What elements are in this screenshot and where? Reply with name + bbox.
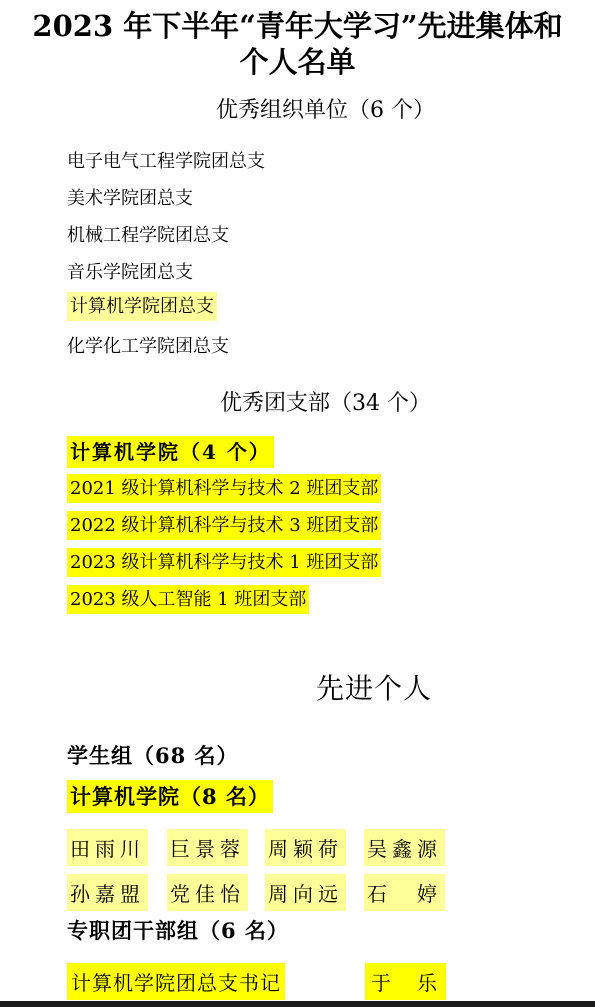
student-name: 孙嘉盟 bbox=[67, 874, 148, 911]
branch-label: 2023 级人工智能 1 班团支部 bbox=[67, 585, 309, 614]
student-name: 周向远 bbox=[265, 874, 346, 911]
branch-item: 2022 级计算机科学与技术 3 班团支部 bbox=[67, 514, 381, 538]
document-title-line2: 个人名单 bbox=[0, 44, 595, 81]
league-branches-heading: 优秀团支部（34 个） bbox=[0, 390, 595, 418]
college-group-heading: 计算机学院（8 名） bbox=[67, 785, 273, 809]
advanced-individuals-heading: 先进个人 bbox=[316, 672, 432, 706]
branch-group-heading: 计算机学院（4 个） bbox=[67, 440, 274, 464]
student-group-heading: 学生组（68 名） bbox=[67, 744, 239, 768]
branch-group-label: 计算机学院（4 个） bbox=[67, 436, 274, 468]
student-name: 周颖荷 bbox=[265, 829, 346, 866]
org-unit-item: 化学化工学院团总支 bbox=[67, 335, 229, 359]
org-unit-item: 机械工程学院团总支 bbox=[67, 224, 229, 248]
document-title-line1: 2023 年下半年“青年大学习”先进集体和 bbox=[0, 8, 595, 45]
student-name: 吴鑫源 bbox=[364, 829, 445, 866]
student-name: 党佳怡 bbox=[167, 874, 248, 911]
branch-label: 2023 级计算机科学与技术 1 班团支部 bbox=[67, 548, 381, 577]
org-unit-label: 美术学院团总支 bbox=[67, 188, 193, 209]
document-page: 2023 年下半年“青年大学习”先进集体和 个人名单 优秀组织单位（6 个） 电… bbox=[0, 0, 595, 1007]
org-unit-item: 音乐学院团总支 bbox=[67, 261, 193, 285]
branch-item: 2023 级计算机科学与技术 1 班团支部 bbox=[67, 551, 381, 575]
cadre-name: 于 乐 bbox=[365, 963, 446, 1000]
student-name: 巨景蓉 bbox=[167, 829, 248, 866]
org-unit-label: 机械工程学院团总支 bbox=[67, 225, 229, 246]
cadre-role: 计算机学院团总支书记 bbox=[67, 963, 285, 1000]
org-unit-label: 音乐学院团总支 bbox=[67, 262, 193, 283]
page-bottom-rule bbox=[0, 1001, 595, 1007]
org-unit-item-highlighted: 计算机学院团总支 bbox=[67, 295, 217, 319]
college-group-label: 计算机学院（8 名） bbox=[67, 780, 273, 813]
org-unit-item: 电子电气工程学院团总支 bbox=[67, 150, 265, 174]
branch-item: 2021 级计算机科学与技术 2 班团支部 bbox=[67, 477, 381, 501]
branch-label: 2021 级计算机科学与技术 2 班团支部 bbox=[67, 474, 381, 503]
branch-item: 2023 级人工智能 1 班团支部 bbox=[67, 588, 309, 612]
org-unit-label: 电子电气工程学院团总支 bbox=[67, 151, 265, 172]
student-name: 石 婷 bbox=[364, 874, 445, 911]
org-unit-label: 计算机学院团总支 bbox=[67, 292, 217, 321]
cadre-group-heading: 专职团干部组（6 名） bbox=[67, 919, 289, 943]
branch-label: 2022 级计算机科学与技术 3 班团支部 bbox=[67, 511, 381, 540]
org-unit-item: 美术学院团总支 bbox=[67, 187, 193, 211]
org-units-heading: 优秀组织单位（6 个） bbox=[0, 97, 595, 125]
org-unit-label: 化学化工学院团总支 bbox=[67, 336, 229, 357]
student-name: 田雨川 bbox=[67, 829, 148, 866]
